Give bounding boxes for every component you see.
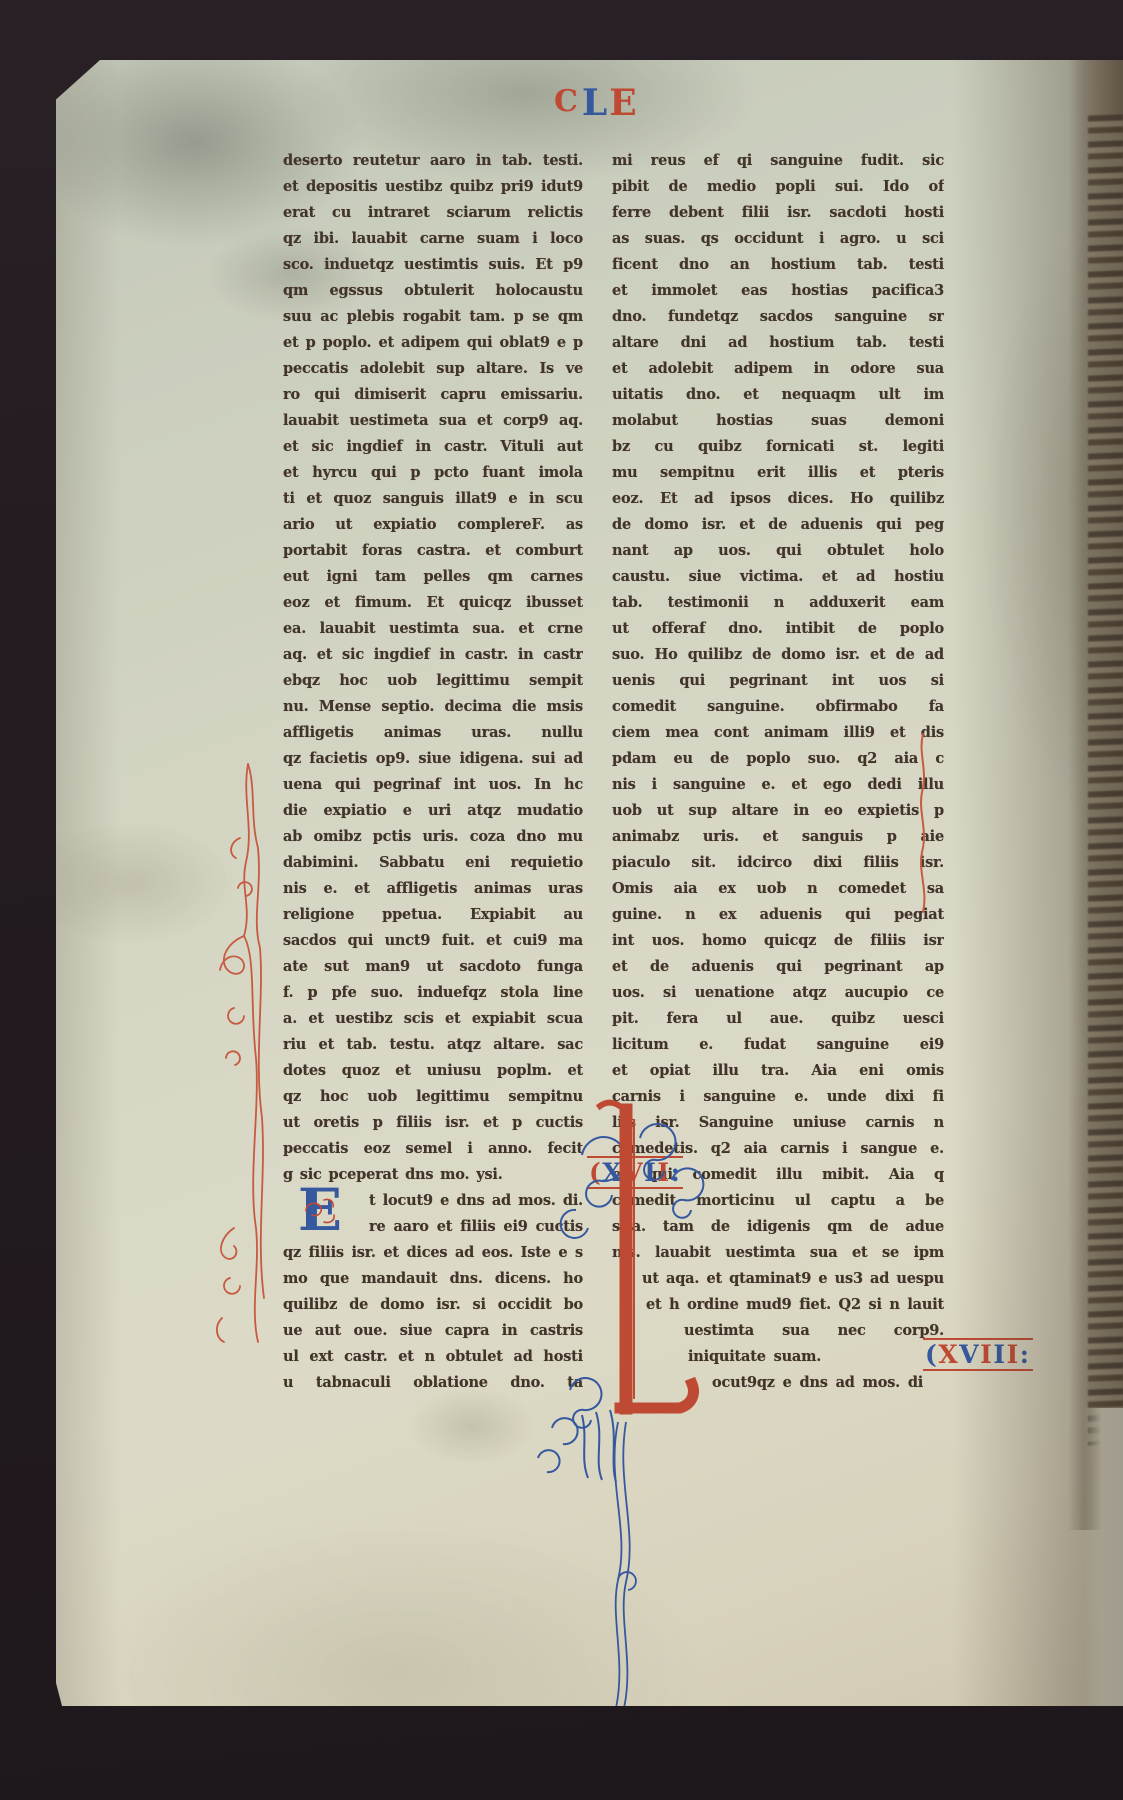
book-fore-edge [1068, 60, 1123, 1530]
chapter-numeral-letter: ( [925, 1340, 938, 1369]
text-line: altare dni ad hostium tab. testi [612, 330, 944, 356]
text-line: qm egssus obtulerit holocaustu [283, 278, 583, 304]
text-line: suo. Ho quilibz de domo isr. et de ad [612, 642, 944, 668]
text-line: ate sut man9 ut sacdoto funga [283, 954, 583, 980]
text-line: eoz et fimum. Et quicqz ibusset [283, 590, 583, 616]
text-line: de domo isr. et de aduenis qui peg [612, 512, 944, 538]
text-line: aq. et sic ingdief in castr. in castr [283, 642, 583, 668]
text-line: ab omibz pctis uris. coza dno mu [283, 824, 583, 850]
header-letter: L [582, 82, 609, 124]
text-line: Omis aia ex uob n comedet sa [612, 876, 944, 902]
text-line: pit. fera ul aue. quibz uesci [612, 1006, 944, 1032]
text-line: ficent dno an hostium tab. testi [612, 252, 944, 278]
text-line: et depositis uestibz quibz pri9 idut9 [283, 174, 583, 200]
text-line: eut igni tam pelles qm carnes [283, 564, 583, 590]
text-line: peccatis adolebit sup altare. Is ve [283, 356, 583, 382]
text-line: molabut hostias suas demoni [612, 408, 944, 434]
photograph-backdrop: { "colors":{"red":"#bf4a33","blue":"#355… [0, 0, 1123, 1800]
chapter-numeral-letter: I [1007, 1340, 1020, 1369]
text-line: uitatis dno. et nequaqm ult im [612, 382, 944, 408]
text-line: affligetis animas uras. nullu [283, 720, 583, 746]
text-line: nis e. et affligetis animas uras [283, 876, 583, 902]
text-line: qz ibi. lauabit carne suam i loco [283, 226, 583, 252]
initial-L-filigree-icon [522, 1060, 732, 1760]
text-line: a. et uestibz scis et expiabit scua [283, 1006, 583, 1032]
text-line: dno. fundetqz sacdos sanguine sr [612, 304, 944, 330]
text-line: ciem mea cont animam illi9 et dis [612, 720, 944, 746]
text-line: comedit sanguine. obfirmabo fa [612, 694, 944, 720]
manuscript-page: C LE deserto reutetur aaro in tab. testi… [56, 60, 1123, 1706]
text-line: sco. induetqz uestimtis suis. Et p9 [283, 252, 583, 278]
text-line: uenis qui pegrinant int uos si [612, 668, 944, 694]
text-line: uena qui pegrinaf int uos. In hc [283, 772, 583, 798]
text-line: as suas. qs occidunt i agro. u sci [612, 226, 944, 252]
text-line: tab. testimonii n adduxerit eam [612, 590, 944, 616]
header-letter: E [609, 82, 638, 124]
text-line: caustu. siue victima. et ad hostiu [612, 564, 944, 590]
margin-filigree-ornament-icon [204, 758, 268, 1348]
text-line: f. p pfe suo. induefqz stola line [283, 980, 583, 1006]
text-line: nant ap uos. qui obtulet holo [612, 538, 944, 564]
text-line: ario ut expiatio complereF. as [283, 512, 583, 538]
text-line: mu sempitnu erit illis et pteris [612, 460, 944, 486]
text-line: et immolet eas hostias pacifica3 [612, 278, 944, 304]
running-header: C LE [554, 80, 639, 126]
text-line: riu et tab. testu. atqz altare. sac [283, 1032, 583, 1058]
initial-E-letter: E [298, 1176, 342, 1244]
text-line: bz cu quibz fornicati st. legiti [612, 434, 944, 460]
chapter-numeral-letter: X [938, 1340, 959, 1369]
fore-edge-blank-margin [1084, 1408, 1123, 1706]
text-line: religione ppetua. Expiabit au [283, 902, 583, 928]
text-line: et hyrcu qui p pcto fuant imola [283, 460, 583, 486]
text-line: animabz uris. et sanguis p aie [612, 824, 944, 850]
text-line: dabimini. Sabbatu eni requietio [283, 850, 583, 876]
text-line: ea. lauabit uestimta sua. et crne [283, 616, 583, 642]
line-filler-ornament-icon [914, 730, 932, 916]
text-line: et sic ingdief in castr. Vituli aut [283, 434, 583, 460]
text-line: ro qui dimiserit capru emissariu. [283, 382, 583, 408]
text-line: die expiatio e uri atqz mudatio [283, 798, 583, 824]
text-line: ti et quoz sanguis illat9 e in scu [283, 486, 583, 512]
chapter-marker-xviii: (XVIII: [920, 1338, 1036, 1371]
text-line: sacdos qui unct9 fuit. et cui9 ma [283, 928, 583, 954]
illuminated-initial-L [522, 1060, 732, 1760]
text-line: guine. n ex aduenis qui pegiat [612, 902, 944, 928]
text-line: int uos. homo quicqz de filiis isr [612, 928, 944, 954]
text-line: ut offeraf dno. intibit de poplo [612, 616, 944, 642]
chapter-numeral-letter: : [1020, 1340, 1031, 1369]
text-line: erat cu intraret sciarum relictis [283, 200, 583, 226]
text-line: eoz. Et ad ipsos dices. Ho quilibz [612, 486, 944, 512]
text-line: et adolebit adipem in odore sua [612, 356, 944, 382]
text-line: et p poplo. et adipem qui oblat9 e p [283, 330, 583, 356]
text-line: et de aduenis qui pegrinant ap [612, 954, 944, 980]
text-line: deserto reutetur aaro in tab. testi. [283, 148, 583, 174]
text-line: suu ac plebis rogabit tam. p se qm [283, 304, 583, 330]
header-title-letters: LE [582, 82, 639, 124]
chapter-numeral-letter: V [959, 1340, 980, 1369]
text-line: nu. Mense septio. decima die msis [283, 694, 583, 720]
fore-edge-text-lines [1088, 114, 1123, 1445]
text-line: licitum e. fudat sanguine ei9 [612, 1032, 944, 1058]
text-line: pdam eu de poplo suo. q2 aia c [612, 746, 944, 772]
text-line: uob ut sup altare in eo expietis p [612, 798, 944, 824]
text-line: portabit foras castra. et comburt [283, 538, 583, 564]
illuminated-initial-E: E [284, 1182, 356, 1240]
header-paraph-mark: C [554, 84, 580, 119]
text-line: pibit de medio popli sui. Ido of [612, 174, 944, 200]
text-line: nis i sanguine e. et ego dedi illu [612, 772, 944, 798]
text-line: piaculo sit. idcirco dixi filiis isr. [612, 850, 944, 876]
text-line: uos. si uenatione atqz aucupio ce [612, 980, 944, 1006]
text-line: lauabit uestimeta sua et corp9 aq. [283, 408, 583, 434]
chapter-numeral-letter: I [980, 1340, 993, 1369]
text-line: qz facietis op9. siue idigena. sui ad [283, 746, 583, 772]
text-line: mi reus ef qi sanguine fudit. sic [612, 148, 944, 174]
text-line: ferre debent filii isr. sacdoti hosti [612, 200, 944, 226]
chapter-numeral-letter: I [993, 1340, 1006, 1369]
text-line: ebqz hoc uob legittimu sempit [283, 668, 583, 694]
